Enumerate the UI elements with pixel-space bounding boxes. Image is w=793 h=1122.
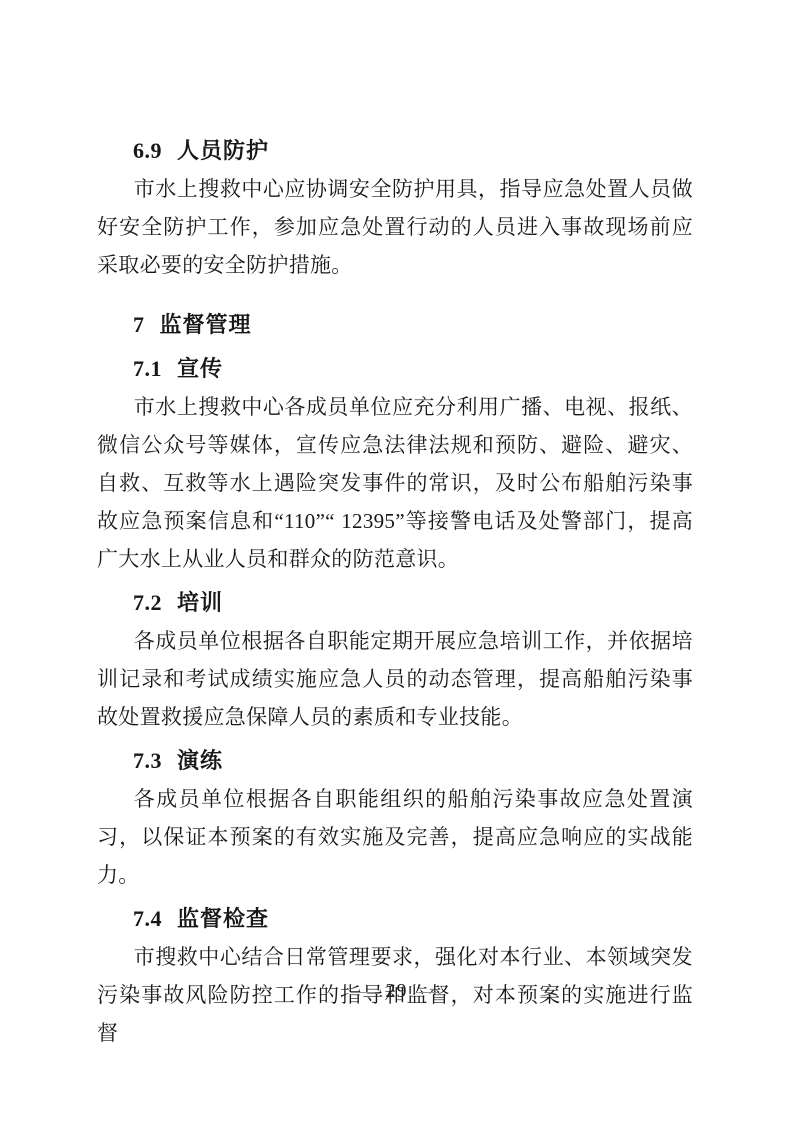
paragraph-7-3: 各成员单位根据各自职能组织的船舶污染事故应急处置演习，以保证本预案的有效实施及完… — [97, 780, 693, 894]
paragraph-6-9: 市水上搜救中心应协调安全防护用具，指导应急处置人员做好安全防护工作，参加应急处置… — [97, 170, 693, 284]
heading-7-1-number: 7.1 — [133, 356, 162, 381]
heading-7-title: 监督管理 — [160, 312, 252, 337]
heading-7-4-number: 7.4 — [133, 906, 162, 931]
heading-6-9-title: 人员防护 — [177, 138, 269, 163]
heading-7-1-title: 宣传 — [177, 356, 223, 381]
page-content: 6.9人员防护 市水上搜救中心应协调安全防护用具，指导应急处置人员做好安全防护工… — [97, 126, 693, 1052]
heading-7-3: 7.3演练 — [97, 742, 693, 780]
heading-6-9-number: 6.9 — [133, 138, 162, 163]
heading-7-1: 7.1宣传 — [97, 350, 693, 388]
heading-6-9: 6.9人员防护 — [97, 132, 693, 170]
heading-7-4: 7.4监督检查 — [97, 900, 693, 938]
paragraph-7-2: 各成员单位根据各自职能定期开展应急培训工作，并依据培训记录和考试成绩实施应急人员… — [97, 622, 693, 736]
heading-7-3-title: 演练 — [177, 748, 223, 773]
heading-7-2: 7.2培训 — [97, 584, 693, 622]
heading-7-4-title: 监督检查 — [177, 906, 269, 931]
heading-7-3-number: 7.3 — [133, 748, 162, 773]
heading-7-2-title: 培训 — [177, 590, 223, 615]
heading-7-2-number: 7.2 — [133, 590, 162, 615]
page-number-value: 29 — [386, 980, 408, 1002]
heading-7: 7监督管理 — [97, 306, 693, 344]
heading-7-number: 7 — [133, 312, 145, 337]
page-number-right-dash: — — [408, 980, 449, 1002]
document-page: 6.9人员防护 市水上搜救中心应协调安全防护用具，指导应急处置人员做好安全防护工… — [0, 0, 793, 1122]
page-number-left-dash: — — [345, 980, 386, 1002]
paragraph-7-1: 市水上搜救中心各成员单位应充分利用广播、电视、报纸、微信公众号等媒体，宣传应急法… — [97, 388, 693, 578]
page-number: —29— — [0, 980, 793, 1003]
